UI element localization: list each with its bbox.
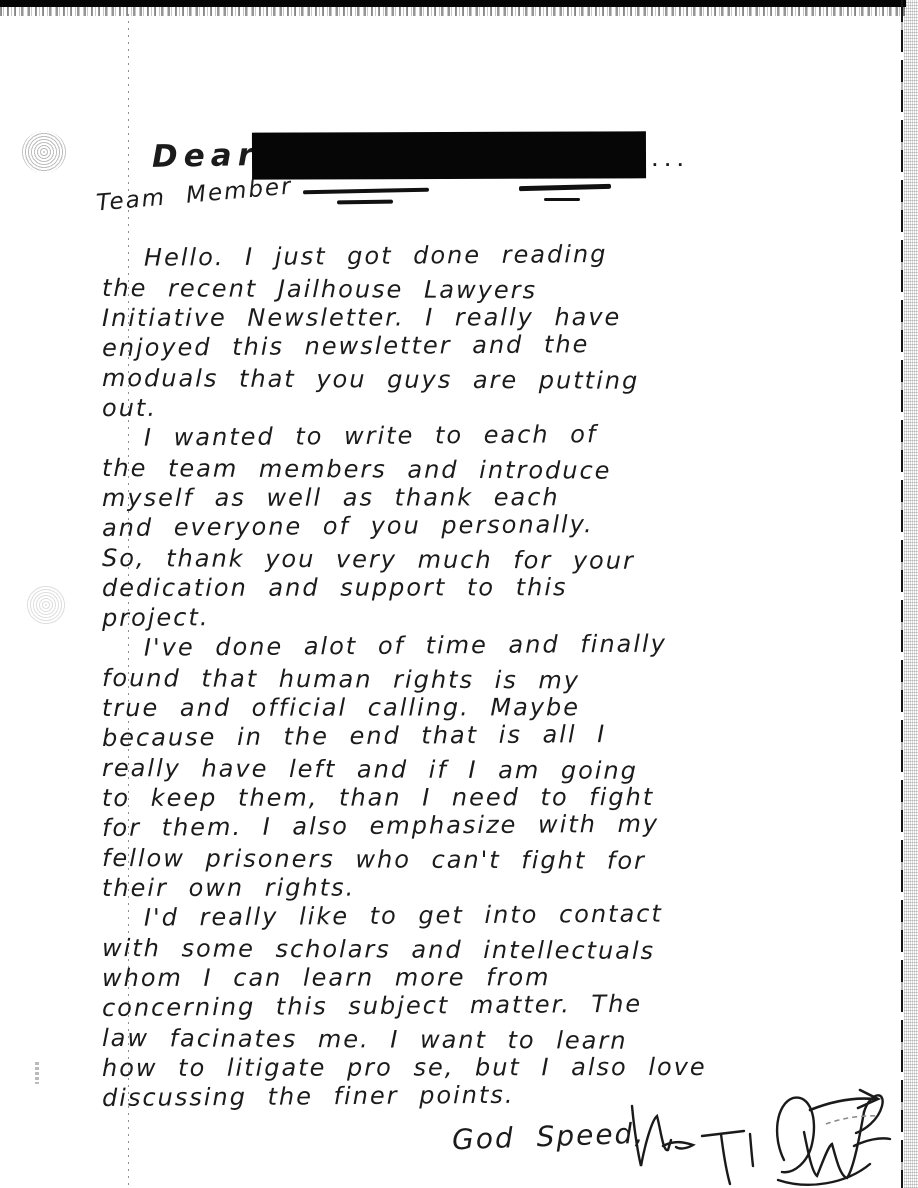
paragraph: Hello. I just got done readingthe recent… bbox=[102, 243, 888, 423]
handwriting-line: enjoyed this newsletter and the bbox=[102, 327, 888, 363]
scanned-letter-page: Dear ... Team Member Hello. I just got d… bbox=[0, 0, 918, 1188]
scan-top-edge-band bbox=[0, 0, 906, 7]
hole-punch-mark bbox=[25, 585, 67, 625]
handwriting-line: I wanted to write to each of bbox=[102, 417, 888, 453]
handwriting-line: and everyone of you personally. bbox=[102, 507, 888, 543]
underline-scribble bbox=[519, 184, 611, 191]
valediction: God Speed, bbox=[451, 1117, 645, 1157]
handwriting-line: Hello. I just got done reading bbox=[102, 237, 888, 273]
underline-scribble bbox=[337, 200, 393, 205]
handwriting-line: I'd really like to get into contact bbox=[102, 897, 888, 933]
handwriting-line: I've done alot of time and finally bbox=[102, 627, 888, 663]
paragraph: I've done alot of time and finallyfound … bbox=[102, 633, 888, 903]
handwriting-line: because in the end that is all I bbox=[102, 717, 888, 753]
scan-top-noise bbox=[0, 7, 906, 16]
handwriting-line: for them. I also emphasize with my bbox=[102, 807, 888, 843]
hole-punch-mark bbox=[22, 131, 66, 173]
smudge-mark bbox=[35, 1062, 39, 1084]
salutation: Dear bbox=[152, 137, 260, 175]
underline-scribble bbox=[303, 188, 429, 195]
paragraph: I wanted to write to each ofthe team mem… bbox=[102, 423, 888, 633]
page-right-edge-line bbox=[901, 0, 903, 1188]
underline-scribble bbox=[544, 198, 580, 201]
recipient-label: Team Member bbox=[95, 173, 293, 216]
redaction-trailing-marks: ... bbox=[652, 152, 690, 170]
arrow-annotation-icon bbox=[806, 1086, 888, 1120]
handwriting-line: concerning this subject matter. The bbox=[102, 987, 888, 1023]
scan-right-noise bbox=[904, 0, 918, 1188]
redaction-bar bbox=[252, 131, 646, 179]
letter-body: Hello. I just got done readingthe recent… bbox=[102, 243, 888, 1113]
